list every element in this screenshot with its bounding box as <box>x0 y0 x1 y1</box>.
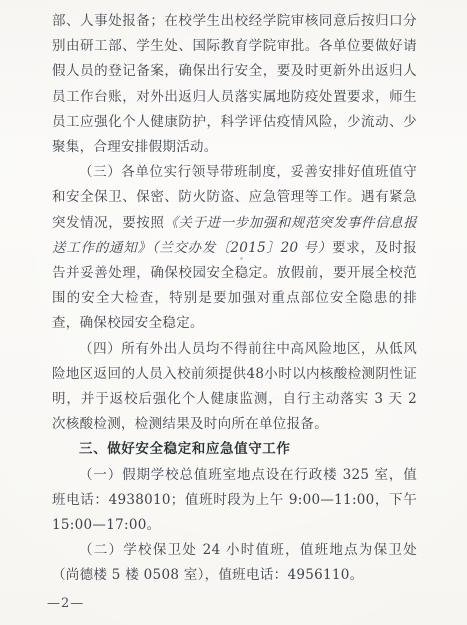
section-heading-3: 三、做好安全稳定和应急值守工作 <box>52 437 417 462</box>
paragraph-item-3: （三）各单位实行领导带班制度，妥善安排好值班值守和安全保卫、保密、防火防盗、应急… <box>52 160 417 336</box>
paragraph-duty-2: （二）学校保卫处 24 小时值班，值班地点为保卫处（尚德楼 5 楼 0508 室… <box>52 538 417 588</box>
paragraph-continuation: 部、人事处报备；在校学生出校经学院审核同意后按归口分别由研工部、学生处、国际教育… <box>52 9 417 160</box>
paragraph-item-4: （四）所有外出人员均不得前往中高风险地区，从低风险地区返回的人员入校前须提供48… <box>52 337 417 438</box>
document-page: 部、人事处报备；在校学生出校经学院审核同意后按归口分别由研工部、学生处、国际教育… <box>0 0 467 625</box>
paragraph-duty-1: （一）假期学校总值班室地点设在行政楼 325 室，值班电话：4938010；值班… <box>52 463 417 539</box>
scan-speck <box>240 257 243 260</box>
scan-speck <box>232 572 234 574</box>
page-number: —2— <box>47 594 417 614</box>
